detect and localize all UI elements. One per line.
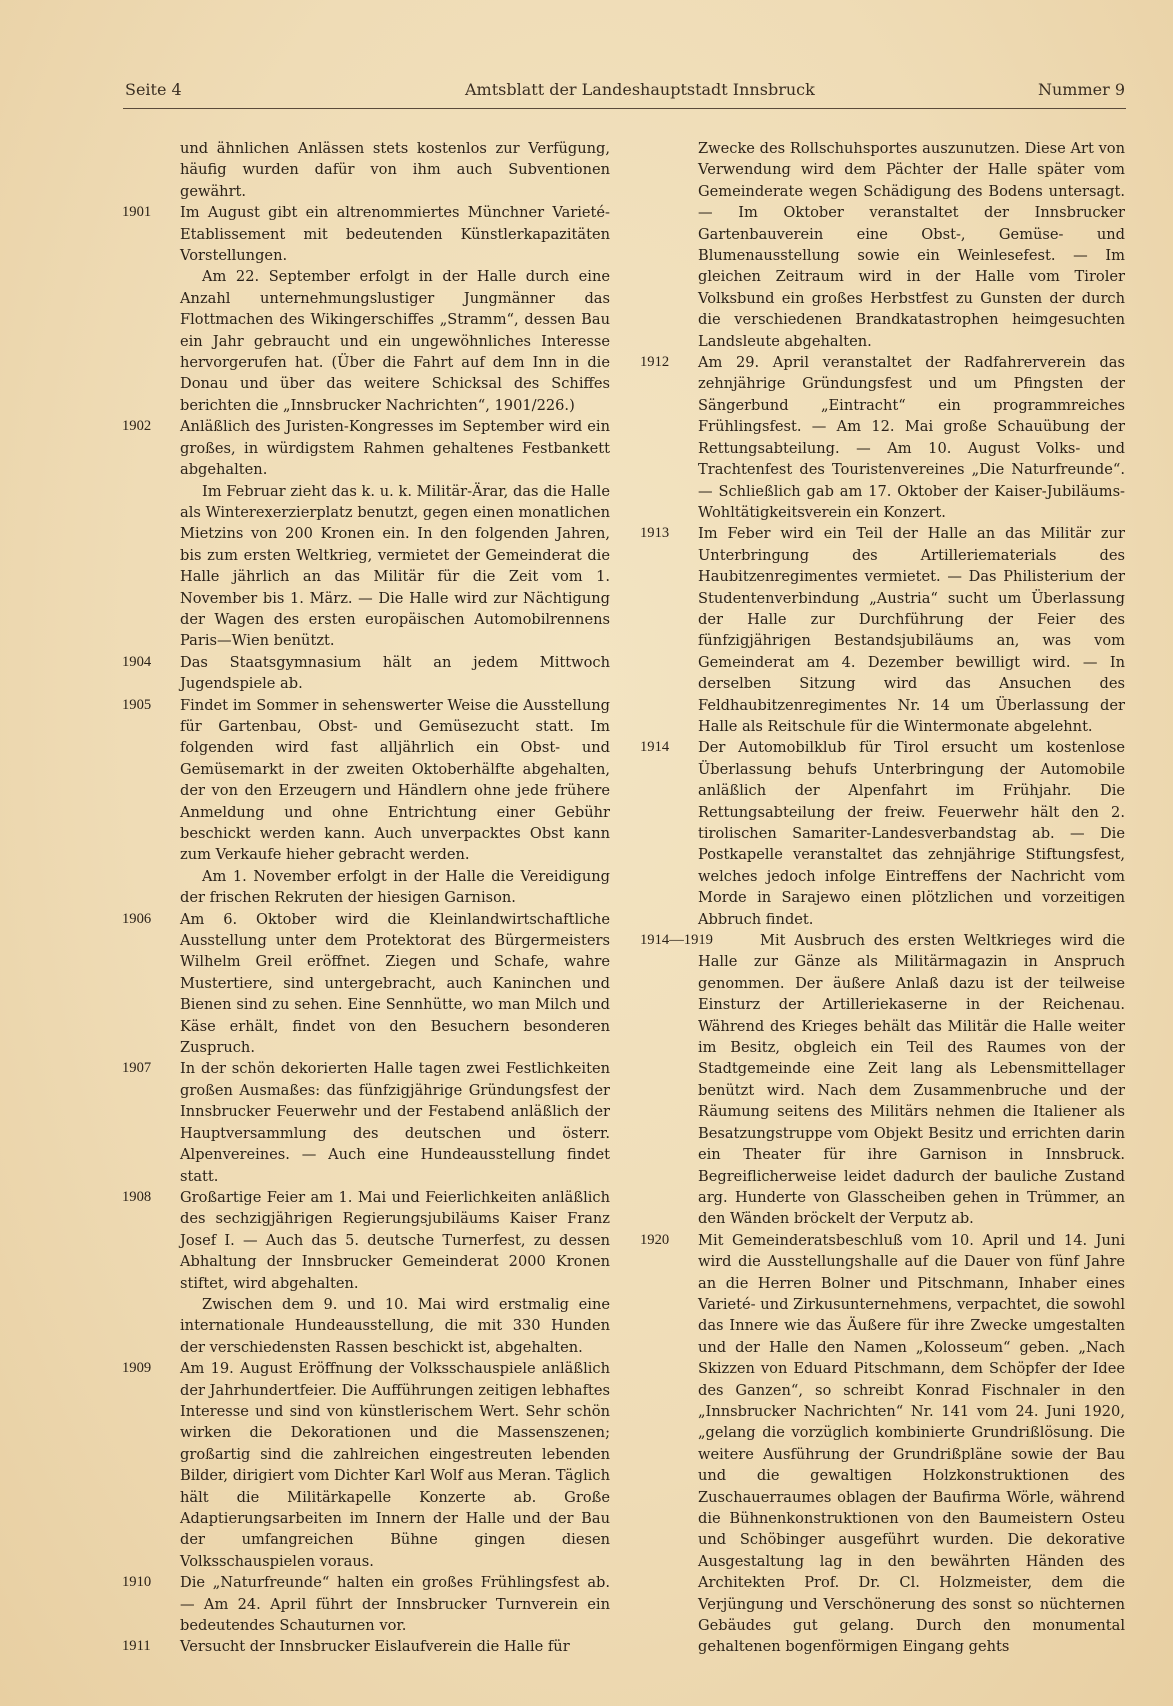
entry-text: und ähnlichen Anlässen stets kostenlos z… (122, 138, 610, 202)
left-column: und ähnlichen Anlässen stets kostenlos z… (122, 138, 610, 1658)
entry-text: Findet im Sommer in sehenswerter Weise d… (122, 695, 610, 866)
entry-text: Mit Ausbruch des ersten Weltkrieges wird… (640, 930, 1125, 1230)
entry-year: 1905 (122, 695, 178, 716)
entry-text: Am 1. November erfolgt in der Halle die … (122, 866, 610, 909)
entry-year: 1911 (122, 1636, 178, 1657)
chronicle-entry-1902: 1902 Anläßlich des Juristen-Kongresses i… (122, 416, 610, 651)
entry-year: 1912 (640, 352, 696, 373)
entry-year: 1904 (122, 652, 178, 673)
chronicle-entry-1913: 1913 Im Feber wird ein Teil der Halle an… (640, 523, 1125, 737)
entry-text: Großartige Feier am 1. Mai und Feierlich… (122, 1187, 610, 1294)
entry-text: Am 29. April veranstaltet der Radfahrerv… (640, 352, 1125, 523)
chronicle-entry-1908: 1908 Großartige Feier am 1. Mai und Feie… (122, 1187, 610, 1358)
chronicle-entry-1914-1919: 1914—1919 Mit Ausbruch des ersten Weltkr… (640, 930, 1125, 1230)
entry-text: Mit Gemeinderatsbeschluß vom 10. April u… (640, 1230, 1125, 1658)
entry-text: Am 6. Oktober wird die Kleinlandwirtscha… (122, 909, 610, 1059)
entry-year: 1901 (122, 202, 178, 223)
entry-text: Der Automobilklub für Tirol ersucht um k… (640, 737, 1125, 930)
newspaper-page: Seite 4 Amtsblatt der Landeshauptstadt I… (0, 0, 1173, 1706)
entry-text: Das Staatsgymnasium hält an jedem Mittwo… (122, 652, 610, 695)
entry-year: 1910 (122, 1572, 178, 1593)
chronicle-entry-1904: 1904 Das Staatsgymnasium hält an jedem M… (122, 652, 610, 695)
entry-year: 1902 (122, 416, 178, 437)
issue-number: Nummer 9 (1038, 80, 1125, 99)
chronicle-entry-1920: 1920 Mit Gemeinderatsbeschluß vom 10. Ap… (640, 1230, 1125, 1658)
chronicle-entry-1911: 1911 Versucht der Innsbrucker Eislaufver… (122, 1636, 610, 1657)
chronicle-entry-1911-cont: Zwecke des Rollschuhsportes auszunutzen.… (640, 138, 1125, 352)
entry-text: Zwecke des Rollschuhsportes auszunutzen.… (640, 138, 1125, 352)
entry-text: Die „Naturfreunde“ halten ein großes Frü… (122, 1572, 610, 1636)
right-column: Zwecke des Rollschuhsportes auszunutzen.… (640, 138, 1125, 1658)
entry-year: 1920 (640, 1230, 696, 1251)
chronicle-entry-1912: 1912 Am 29. April veranstaltet der Radfa… (640, 352, 1125, 523)
chronicle-entry-1901: 1901 Im August gibt ein altrenommiertes … (122, 202, 610, 416)
entry-year: 1914—1919 (640, 930, 760, 951)
header-rule (123, 108, 1126, 109)
chronicle-entry-1906: 1906 Am 6. Oktober wird die Kleinlandwir… (122, 909, 610, 1059)
entry-text: Zwischen dem 9. und 10. Mai wird erstmal… (122, 1294, 610, 1358)
page-number: Seite 4 (125, 80, 182, 99)
chronicle-entry-1907: 1907 In der schön dekorierten Halle tage… (122, 1058, 610, 1186)
entry-text: Am 19. August Eröffnung der Volksschausp… (122, 1358, 610, 1572)
entry-year: 1908 (122, 1187, 178, 1208)
entry-text: Anläßlich des Juristen-Kongresses im Sep… (122, 416, 610, 480)
entry-text: Am 22. September erfolgt in der Halle du… (122, 266, 610, 416)
chronicle-entry-1914: 1914 Der Automobilklub für Tirol ersucht… (640, 737, 1125, 930)
chronicle-entry-1910: 1910 Die „Naturfreunde“ halten ein große… (122, 1572, 610, 1636)
entry-year: 1907 (122, 1058, 178, 1079)
chronicle-entry: und ähnlichen Anlässen stets kostenlos z… (122, 138, 610, 202)
entry-year: 1914 (640, 737, 696, 758)
entry-text: Versucht der Innsbrucker Eislaufverein d… (122, 1636, 610, 1657)
publication-title: Amtsblatt der Landeshauptstadt Innsbruck (465, 80, 815, 99)
page-header: Seite 4 Amtsblatt der Landeshauptstadt I… (125, 80, 1125, 104)
entry-text: Im August gibt ein altrenommiertes Münch… (122, 202, 610, 266)
entry-text: Im Feber wird ein Teil der Halle an das … (640, 523, 1125, 737)
entry-text: In der schön dekorierten Halle tagen zwe… (122, 1058, 610, 1186)
entry-year: 1913 (640, 523, 696, 544)
chronicle-entry-1905: 1905 Findet im Sommer in sehenswerter We… (122, 695, 610, 909)
entry-year: 1906 (122, 909, 178, 930)
entry-year: 1909 (122, 1358, 178, 1379)
entry-text: Im Februar zieht das k. u. k. Militär-Är… (122, 481, 610, 652)
chronicle-entry-1909: 1909 Am 19. August Eröffnung der Volkssc… (122, 1358, 610, 1572)
